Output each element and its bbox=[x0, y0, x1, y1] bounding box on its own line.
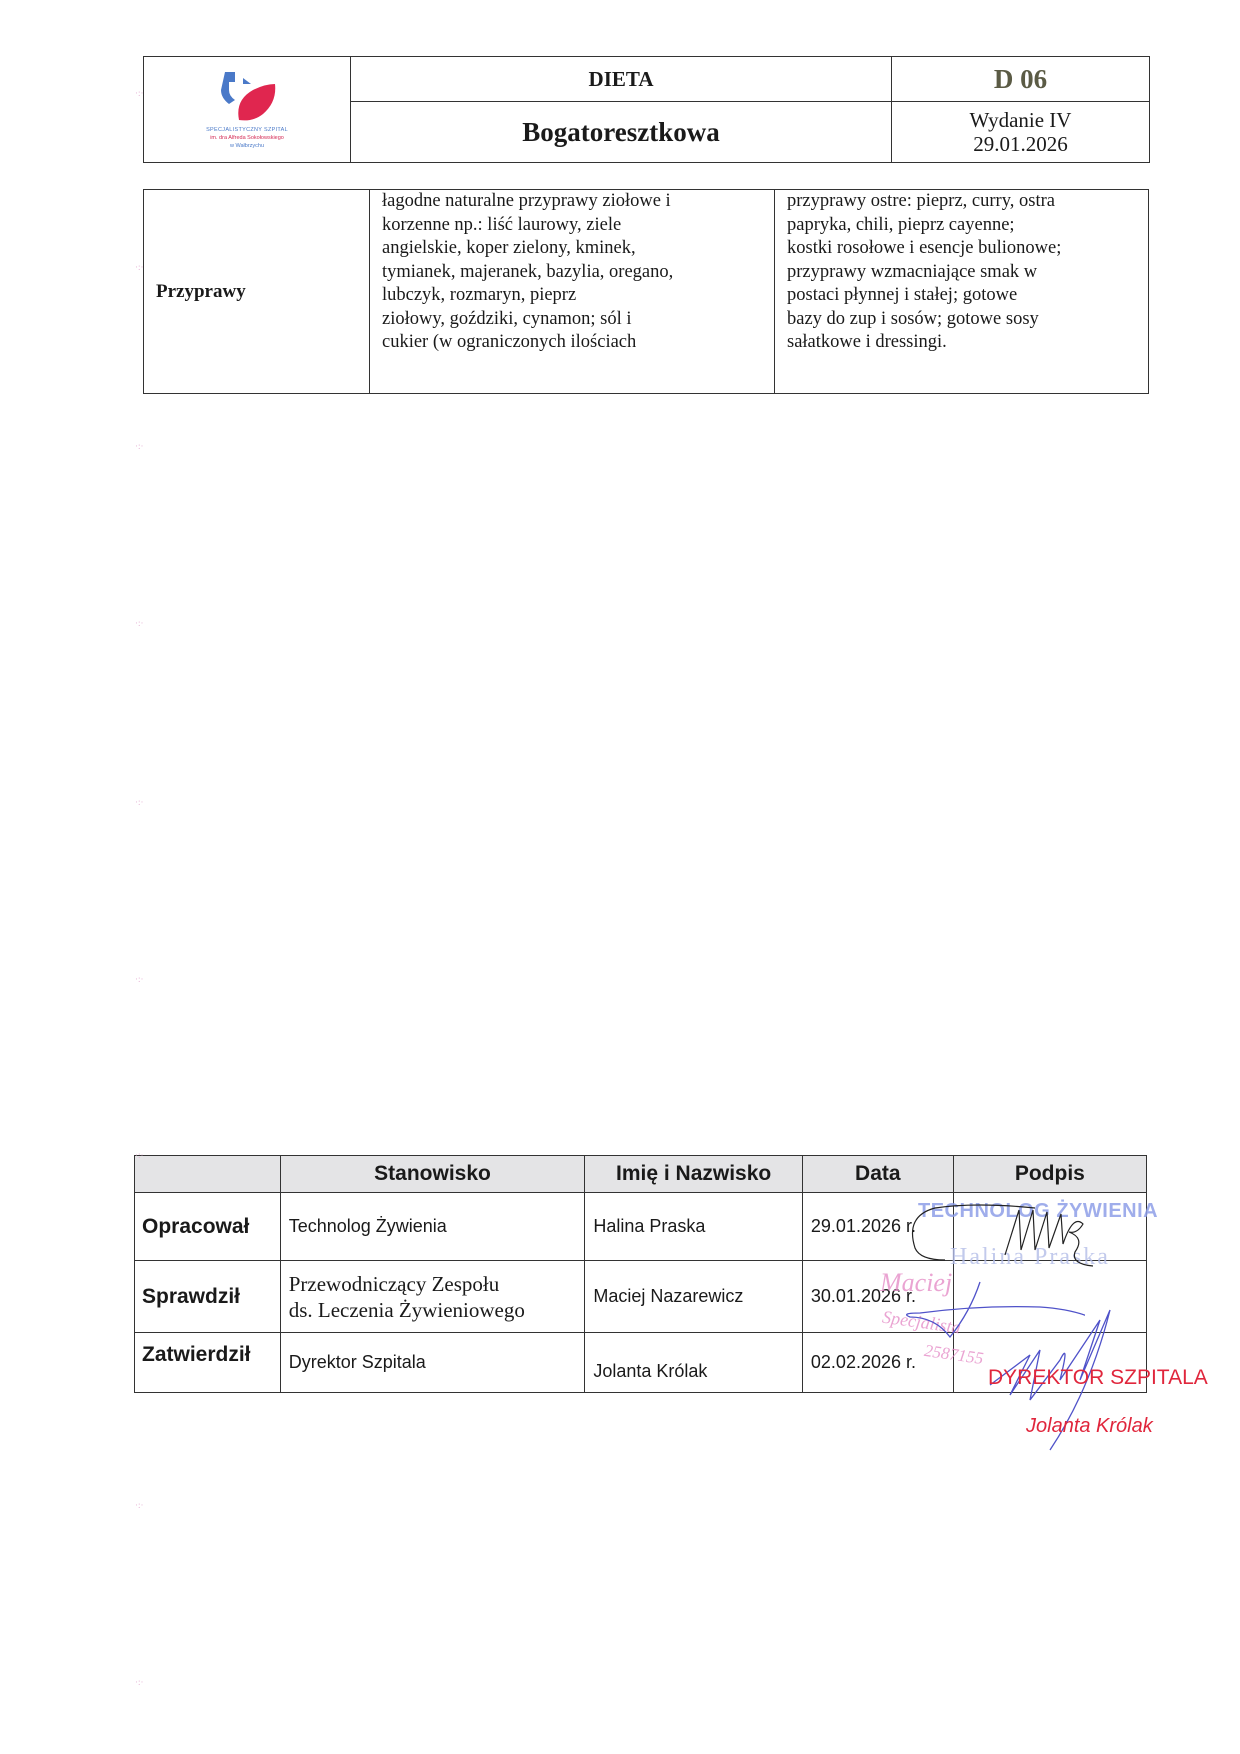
allowed-line: łagodne naturalne przyprawy ziołowe i bbox=[382, 190, 762, 214]
hospital-name: SPECJALISTYCZNY SZPITAL im. dra Alfreda … bbox=[206, 126, 288, 150]
person-name: Maciej Nazarewicz bbox=[585, 1261, 803, 1333]
position: Technolog Żywienia bbox=[280, 1193, 585, 1261]
director-stamp-title: DYREKTOR SZPITALA bbox=[988, 1366, 1208, 1390]
column-header-empty bbox=[135, 1156, 281, 1193]
person-name: Halina Praska bbox=[585, 1193, 803, 1261]
allowed-spices-cell: łagodne naturalne przyprawy ziołowe i ko… bbox=[370, 190, 775, 394]
allowed-line: ziołowy, goździki, cynamon; sól i bbox=[382, 308, 762, 332]
forbidden-line: postaci płynnej i stałej; gotowe bbox=[787, 284, 1136, 308]
spices-table: Przyprawy łagodne naturalne przyprawy zi… bbox=[143, 189, 1149, 394]
forbidden-line: przyprawy wzmacniające smak w bbox=[787, 261, 1136, 285]
hospital-logo-cell: SPECJALISTYCZNY SZPITAL im. dra Alfreda … bbox=[144, 57, 351, 163]
column-header-signature: Podpis bbox=[953, 1156, 1146, 1193]
forbidden-line: przyprawy ostre: pieprz, curry, ostra bbox=[787, 190, 1136, 214]
handwritten-signature-praska bbox=[905, 1200, 1125, 1270]
category-label: Przyprawy bbox=[144, 190, 370, 394]
scan-mark: ·:· bbox=[135, 1150, 144, 1160]
forbidden-line: papryka, chili, pieprz cayenne; bbox=[787, 214, 1136, 238]
edition-info: Wydanie IV 29.01.2026 bbox=[891, 102, 1149, 163]
column-header-date: Data bbox=[802, 1156, 953, 1193]
scan-mark: ·:· bbox=[135, 797, 144, 807]
scan-mark: ·:· bbox=[135, 1500, 144, 1510]
hospital-logo-icon bbox=[217, 70, 277, 126]
forbidden-spices-cell: przyprawy ostre: pieprz, curry, ostra pa… bbox=[775, 190, 1149, 394]
role-approved: Zatwierdził bbox=[135, 1333, 281, 1393]
diet-name: Bogatoresztkowa bbox=[351, 102, 892, 163]
position: Przewodniczący Zespołu ds. Leczenia Żywi… bbox=[280, 1261, 585, 1333]
role-prepared: Opracował bbox=[135, 1193, 281, 1261]
hospital-logo: SPECJALISTYCZNY SZPITAL im. dra Alfreda … bbox=[144, 70, 350, 150]
document-header: SPECJALISTYCZNY SZPITAL im. dra Alfreda … bbox=[143, 56, 1150, 163]
scan-mark: ·:· bbox=[135, 618, 144, 628]
scan-mark: ·:· bbox=[135, 974, 144, 984]
scan-mark: ·:· bbox=[135, 441, 144, 451]
document-type-label: DIETA bbox=[351, 57, 892, 102]
edition-number: Wydanie IV bbox=[892, 108, 1149, 132]
director-stamp-name: Jolanta Królak bbox=[1026, 1415, 1153, 1438]
forbidden-line: sałatkowe i dressingi. bbox=[787, 331, 1136, 355]
role-checked: Sprawdził bbox=[135, 1261, 281, 1333]
scan-mark: ·:· bbox=[135, 1677, 144, 1687]
document-code: D 06 bbox=[891, 57, 1149, 102]
scan-mark: ·:· bbox=[135, 262, 144, 272]
forbidden-line: bazy do zup i sosów; gotowe sosy bbox=[787, 308, 1136, 332]
person-name: Jolanta Królak bbox=[585, 1333, 803, 1393]
position: Dyrektor Szpitala bbox=[280, 1333, 585, 1393]
scan-mark: ·:· bbox=[135, 88, 144, 98]
column-header-position: Stanowisko bbox=[280, 1156, 585, 1193]
allowed-line: lubczyk, rozmaryn, pieprz bbox=[382, 284, 762, 308]
allowed-line: cukier (w ograniczonych ilościach bbox=[382, 331, 762, 355]
allowed-line: tymianek, majeranek, bazylia, oregano, bbox=[382, 261, 762, 285]
column-header-name: Imię i Nazwisko bbox=[585, 1156, 803, 1193]
approval-header-row: Stanowisko Imię i Nazwisko Data Podpis bbox=[135, 1156, 1147, 1193]
allowed-line: angielskie, koper zielony, kminek, bbox=[382, 237, 762, 261]
allowed-line: korzenne np.: liść laurowy, ziele bbox=[382, 214, 762, 238]
forbidden-line: kostki rosołowe i esencje bulionowe; bbox=[787, 237, 1136, 261]
edition-date: 29.01.2026 bbox=[892, 132, 1149, 156]
